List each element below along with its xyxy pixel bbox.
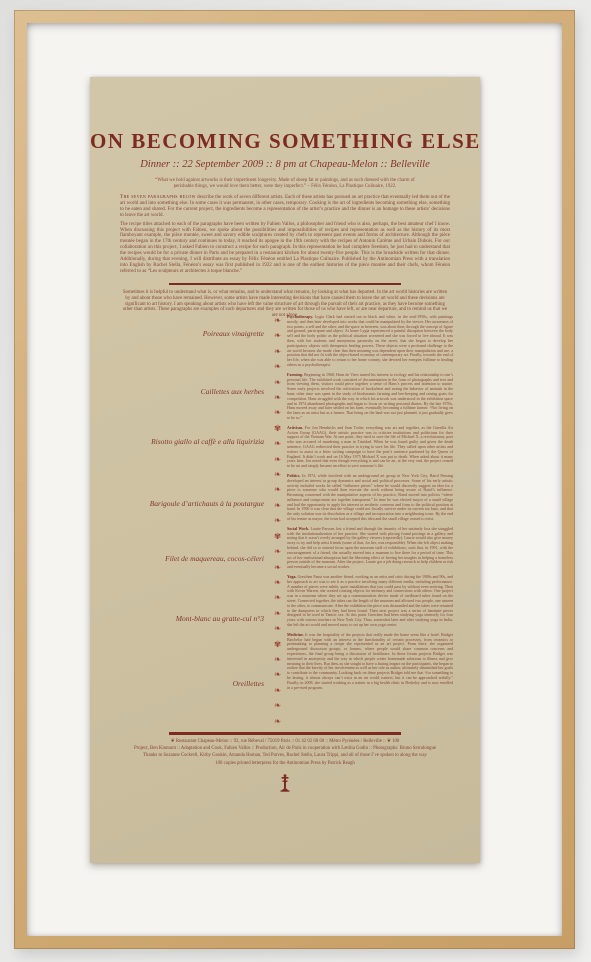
intro-lead-smallcaps: The seven paragraphs below [120, 195, 196, 200]
menu-item-5: Filet de maquereau, cocos-céleri [165, 554, 264, 563]
menu-item-4: Barigoule d’artichauts à la poutargue [150, 499, 264, 508]
artist-paragraph-activism: Activism. For Jon Hendricks and Jean Toc… [287, 426, 453, 469]
artist-paragraph-psychotherapy: Psychotherapy. Lygia Clark had started o… [287, 315, 453, 368]
broadside-paper: ON BECOMING SOMETHING ELSE Dinner :: 22 … [90, 77, 480, 863]
fleuron-ornament-column-icon: ❧ ❧ ❧ ❧ ❧ ❧ ❧ ✾ ❧ ❧ ❧ ❧ ❧ ❧ ✾ ❧ ❧ ❧ ❧ ❧ … [271, 313, 284, 729]
dinner-subtitle: Dinner :: 22 September 2009 :: 8 pm at C… [90, 159, 480, 170]
artist-paragraphs-column: Psychotherapy. Lygia Clark had started o… [287, 315, 453, 729]
colophon: ❦ Restaurant Chapeau-Melon :: 92, rue Ré… [110, 739, 460, 768]
menu-item-1: Poireaux vinaigrette [203, 329, 264, 338]
artist-paragraph-yoga: Yoga. Gretchen Faust was another friend,… [287, 575, 453, 628]
colophon-line-venue: ❦ Restaurant Chapeau-Melon :: 92, rue Ré… [110, 739, 460, 745]
divider-rule-bottom [169, 732, 401, 735]
feneon-epigraph: “What we hold against artworks is their … [152, 178, 418, 190]
colophon-line-credits: Project, Ben Kinmont :: Adaptation and C… [110, 746, 460, 752]
menu-item-7: Oreillettes [233, 679, 264, 688]
intro-paragraph-2: The recipe titles attached to each of th… [120, 222, 450, 275]
antinomian-pressmark-icon [90, 774, 480, 797]
menu-item-2: Caillettes aux herbes [201, 387, 264, 396]
artist-paragraph-politics: Politics. In 1974, while involved with a… [287, 474, 453, 522]
menu-item-3: Risotto giallo al caffè e alla liquirizi… [151, 437, 264, 446]
artist-paragraph-medicine: Medicine. It was the hospitality of the … [287, 633, 453, 691]
menu-item-6: Mont-blanc au gratte-cul n°3 [176, 614, 264, 623]
menu-column: Poireaux vinaigrette Caillettes aux herb… [90, 315, 267, 729]
intro-paragraph-1: The seven paragraphs below describe the … [120, 195, 450, 219]
divider-rule-top [169, 283, 401, 285]
page-title: ON BECOMING SOMETHING ELSE [90, 129, 480, 154]
colophon-line-thanks: Thanks to Suzanne Cockrell, Kirby Gookin… [110, 753, 460, 759]
colophon-line-edition: 100 copies printed letterpress for the A… [110, 761, 460, 767]
artist-paragraph-social-work: Social Work. Laurie Parsons lost a frien… [287, 527, 453, 570]
intro-section: The seven paragraphs below describe the … [120, 195, 450, 278]
artist-paragraph-farming: Farming. Beginning in 1968, Hans de Vrie… [287, 373, 453, 421]
